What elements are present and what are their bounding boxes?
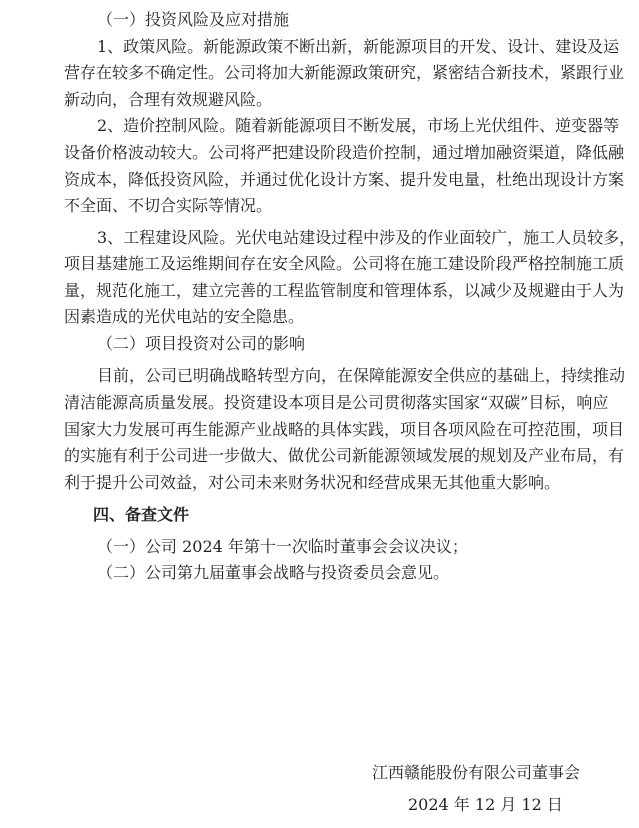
section-heading-impact: （二）项目投资对公司的影响 [97, 334, 305, 354]
paragraph-line: 目前，公司已明确战略转型方向，在保障能源安全供应的基础上，持续推动 [97, 366, 556, 386]
paragraph-line: 的实施有利于公司进一步做大、做优公司新能源领域发展的规划及产业布局，有 [64, 446, 556, 466]
paragraph-line: 不全面、不切合实际等情况。 [64, 196, 556, 216]
reference-doc-item: （二）公司第九届董事会战略与投资委员会意见。 [97, 563, 449, 583]
paragraph-line: 资成本，降低投资风险，并通过优化设计方案、提升发电量，杜绝出现设计方案 [64, 170, 556, 190]
signature-date: 2024 年 12 月 12 日 [408, 795, 563, 815]
section-heading-reference-docs: 四、备查文件 [93, 505, 189, 525]
paragraph-line: 新动向，合理有效规避风险。 [64, 90, 556, 110]
paragraph-line: 3、工程建设风险。光伏电站建设过程中涉及的作业面较广，施工人员较多， [97, 228, 556, 248]
paragraph-line: 设备价格波动较大。公司将严把建设阶段造价控制，通过增加融资渠道，降低融 [64, 143, 556, 163]
reference-doc-item: （一）公司 2024 年第十一次临时董事会会议决议； [97, 537, 468, 557]
section-heading-investment-risk: （一）投资风险及应对措施 [97, 10, 289, 30]
paragraph-line: 利于提升公司效益，对公司未来财务状况和经营成果无其他重大影响。 [64, 473, 556, 493]
paragraph-line: 1、政策风险。新能源政策不断出新，新能源项目的开发、设计、建设及运 [97, 37, 556, 57]
paragraph-line: 量，规范化施工，建立完善的工程监管制度和管理体系，以减少及规避由于人为 [64, 281, 556, 301]
signature-company: 江西赣能股份有限公司董事会 [372, 763, 580, 783]
paragraph-line: 因素造成的光伏电站的安全隐患。 [64, 307, 556, 327]
paragraph-line: 2、造价控制风险。随着新能源项目不断发展，市场上光伏组件、逆变器等 [97, 116, 556, 136]
paragraph-line: 国家大力发展可再生能源产业战略的具体实践，项目各项风险在可控范围，项目 [64, 420, 556, 440]
paragraph-line: 清洁能源高质量发展。投资建设本项目是公司贯彻落实国家“双碳”目标，响应 [64, 393, 556, 413]
paragraph-line: 营存在较多不确定性。公司将加大新能源政策研究，紧密结合新技术，紧跟行业 [64, 63, 556, 83]
paragraph-line: 项目基建施工及运维期间存在安全风险。公司将在施工建设阶段严格控制施工质 [64, 254, 556, 274]
